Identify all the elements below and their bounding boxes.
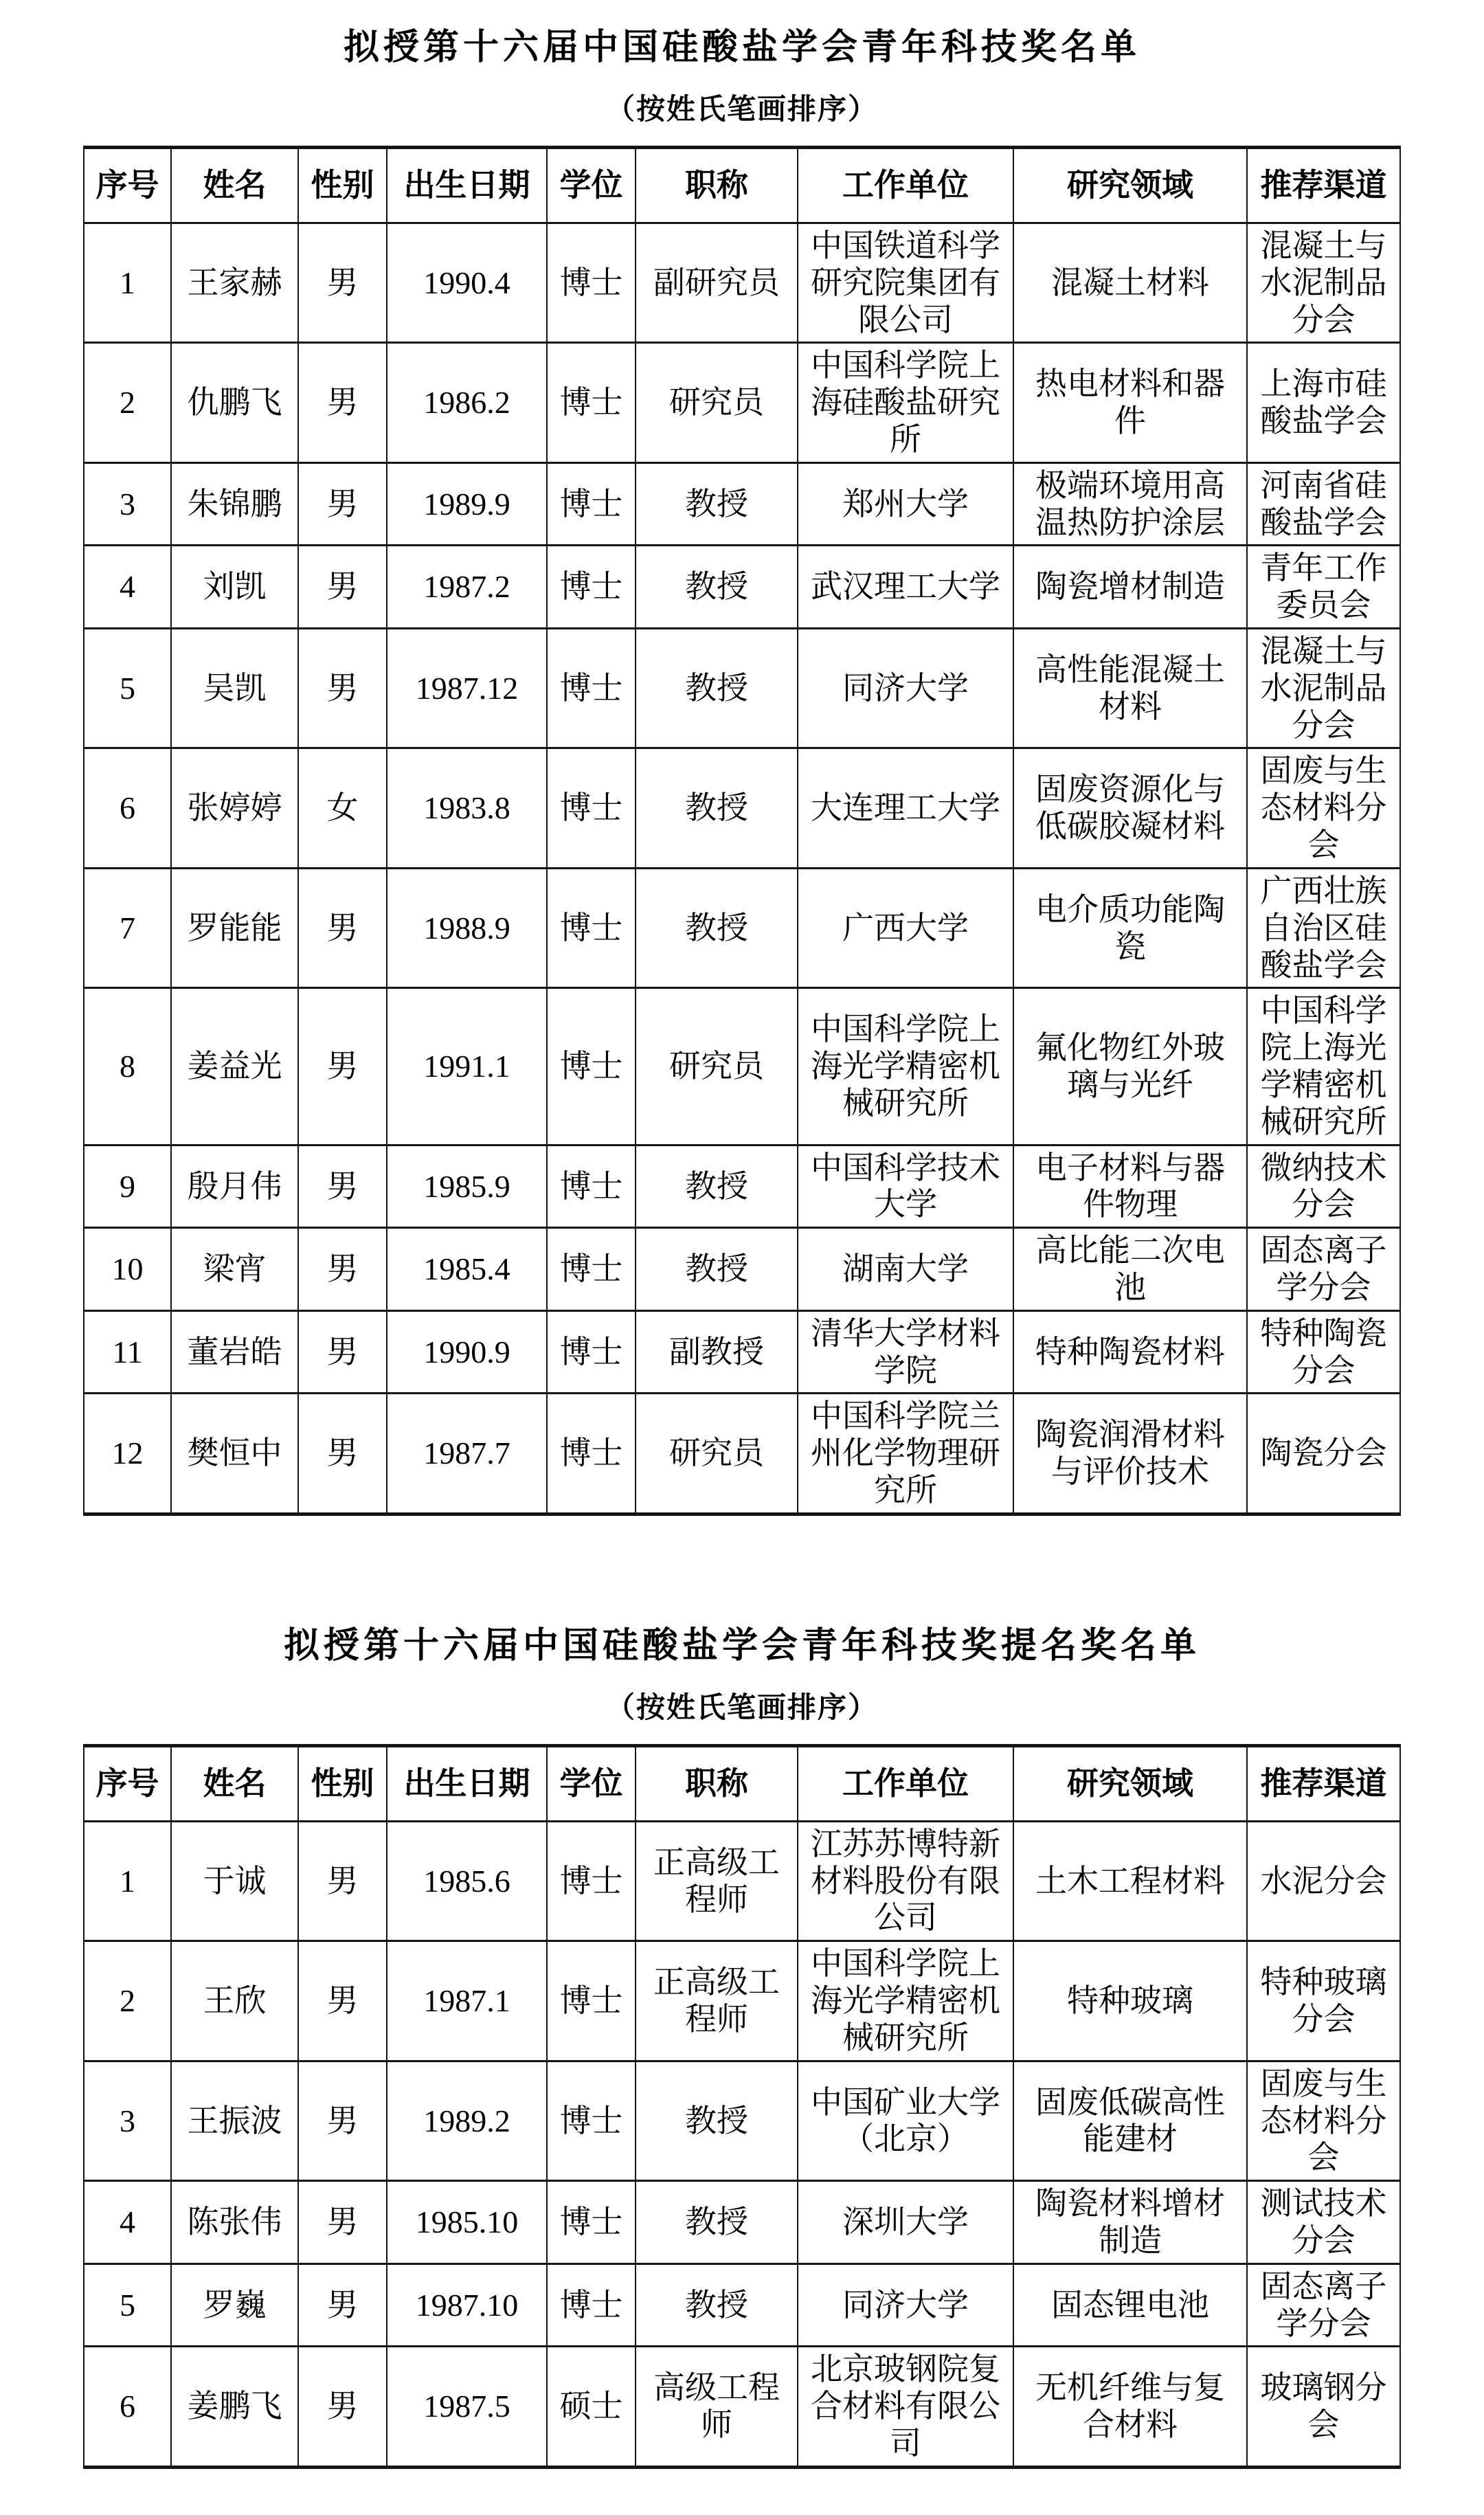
cell-job-title: 教授	[636, 748, 798, 868]
cell-name: 姜益光	[171, 988, 298, 1145]
cell-research-field: 混凝土材料	[1013, 223, 1247, 342]
table-row: 9殷月伟男1985.9博士教授中国科学技术大学电子材料与器件物理微纳技术分会	[84, 1145, 1400, 1228]
cell-job-title: 教授	[636, 546, 798, 629]
cell-name: 姜鹏飞	[171, 2347, 298, 2467]
nomination-award-sort-note: （按姓氏笔画排序）	[0, 1692, 1484, 1725]
cell-name: 殷月伟	[171, 1145, 298, 1228]
cell-recommendation-channel: 测试技术分会	[1247, 2181, 1400, 2264]
cell-gender: 男	[298, 2347, 387, 2467]
column-header-employer: 工作单位	[798, 148, 1013, 223]
cell-name: 樊恒中	[171, 1394, 298, 1514]
cell-name: 王振波	[171, 2061, 298, 2180]
cell-name: 吴凯	[171, 629, 298, 748]
cell-job-title: 教授	[636, 1228, 798, 1311]
cell-recommendation-channel: 河南省硅酸盐学会	[1247, 462, 1400, 546]
cell-birth-date: 1990.9	[387, 1310, 547, 1394]
table-row: 1王家赫男1990.4博士副研究员中国铁道科学研究院集团有限公司混凝土材料混凝土…	[84, 223, 1400, 342]
cell-degree: 博士	[547, 1941, 636, 2061]
cell-recommendation-channel: 中国科学院上海光学精密机械研究所	[1247, 988, 1400, 1145]
nomination-award-title: 拟授第十六届中国硅酸盐学会青年科技奖提名奖名单	[0, 1626, 1484, 1667]
cell-birth-date: 1983.8	[387, 748, 547, 868]
table-row: 8姜益光男1991.1博士研究员中国科学院上海光学精密机械研究所氟化物红外玻璃与…	[84, 988, 1400, 1145]
cell-birth-date: 1990.4	[387, 223, 547, 342]
cell-serial-number: 4	[84, 2181, 171, 2264]
cell-employer: 同济大学	[798, 629, 1013, 748]
column-header-degree: 学位	[547, 1746, 636, 1822]
cell-gender: 男	[298, 1394, 387, 1514]
award-list-section: 拟授第十六届中国硅酸盐学会青年科技奖名单 （按姓氏笔画排序） 序号姓名性别出生日…	[0, 27, 1484, 1516]
cell-employer: 湖南大学	[798, 1228, 1013, 1311]
cell-name: 朱锦鹏	[171, 462, 298, 546]
cell-serial-number: 4	[84, 546, 171, 629]
cell-gender: 男	[298, 1228, 387, 1311]
cell-birth-date: 1986.2	[387, 343, 547, 462]
cell-serial-number: 2	[84, 343, 171, 462]
cell-recommendation-channel: 固态离子学分会	[1247, 1228, 1400, 1311]
column-header-recommendation-channel: 推荐渠道	[1247, 1746, 1400, 1822]
cell-name: 罗巍	[171, 2263, 298, 2347]
table-row: 11董岩皓男1990.9博士副教授清华大学材料学院特种陶瓷材料特种陶瓷分会	[84, 1310, 1400, 1394]
cell-serial-number: 1	[84, 223, 171, 342]
cell-birth-date: 1989.2	[387, 2061, 547, 2180]
header-row: 序号姓名性别出生日期学位职称工作单位研究领域推荐渠道	[84, 148, 1400, 223]
cell-research-field: 电子材料与器件物理	[1013, 1145, 1247, 1228]
cell-job-title: 副研究员	[636, 223, 798, 342]
cell-birth-date: 1988.9	[387, 868, 547, 987]
table-row: 6张婷婷女1983.8博士教授大连理工大学固废资源化与低碳胶凝材料固废与生态材料…	[84, 748, 1400, 868]
cell-serial-number: 10	[84, 1228, 171, 1311]
cell-birth-date: 1985.9	[387, 1145, 547, 1228]
cell-serial-number: 7	[84, 868, 171, 987]
table-row: 12樊恒中男1987.7博士研究员中国科学院兰州化学物理研究所陶瓷润滑材料与评价…	[84, 1394, 1400, 1514]
cell-recommendation-channel: 青年工作委员会	[1247, 546, 1400, 629]
table-row: 5罗巍男1987.10博士教授同济大学固态锂电池固态离子学分会	[84, 2263, 1400, 2347]
cell-recommendation-channel: 玻璃钢分会	[1247, 2347, 1400, 2467]
cell-job-title: 教授	[636, 2181, 798, 2264]
column-header-job-title: 职称	[636, 1746, 798, 1822]
cell-job-title: 正高级工程师	[636, 1821, 798, 1941]
cell-serial-number: 3	[84, 462, 171, 546]
cell-gender: 男	[298, 1821, 387, 1941]
table-row: 6姜鹏飞男1987.5硕士高级工程师北京玻钢院复合材料有限公司无机纤维与复合材料…	[84, 2347, 1400, 2467]
cell-birth-date: 1987.10	[387, 2263, 547, 2347]
cell-gender: 女	[298, 748, 387, 868]
cell-name: 董岩皓	[171, 1310, 298, 1394]
column-header-serial-number: 序号	[84, 1746, 171, 1822]
table-row: 3王振波男1989.2博士教授中国矿业大学（北京）固废低碳高性能建材固废与生态材…	[84, 2061, 1400, 2180]
cell-recommendation-channel: 固废与生态材料分会	[1247, 748, 1400, 868]
cell-degree: 博士	[547, 546, 636, 629]
cell-employer: 武汉理工大学	[798, 546, 1013, 629]
cell-birth-date: 1987.2	[387, 546, 547, 629]
column-header-employer: 工作单位	[798, 1746, 1013, 1822]
cell-degree: 博士	[547, 1394, 636, 1514]
cell-degree: 博士	[547, 1310, 636, 1394]
cell-research-field: 极端环境用高温热防护涂层	[1013, 462, 1247, 546]
cell-serial-number: 8	[84, 988, 171, 1145]
cell-gender: 男	[298, 2181, 387, 2264]
cell-employer: 中国科学院上海光学精密机械研究所	[798, 1941, 1013, 2061]
cell-employer: 北京玻钢院复合材料有限公司	[798, 2347, 1013, 2467]
cell-research-field: 高比能二次电池	[1013, 1228, 1247, 1311]
cell-employer: 郑州大学	[798, 462, 1013, 546]
table-row: 7罗能能男1988.9博士教授广西大学电介质功能陶瓷广西壮族自治区硅酸盐学会	[84, 868, 1400, 987]
table-row: 2仇鹏飞男1986.2博士研究员中国科学院上海硅酸盐研究所热电材料和器件上海市硅…	[84, 343, 1400, 462]
cell-gender: 男	[298, 2061, 387, 2180]
cell-research-field: 土木工程材料	[1013, 1821, 1247, 1941]
cell-job-title: 研究员	[636, 343, 798, 462]
cell-birth-date: 1987.1	[387, 1941, 547, 2061]
cell-birth-date: 1987.5	[387, 2347, 547, 2467]
cell-research-field: 高性能混凝土材料	[1013, 629, 1247, 748]
nomination-roster-table: 序号姓名性别出生日期学位职称工作单位研究领域推荐渠道 1于诚男1985.6博士正…	[83, 1744, 1401, 2469]
cell-name: 于诚	[171, 1821, 298, 1941]
cell-gender: 男	[298, 462, 387, 546]
cell-recommendation-channel: 混凝土与水泥制品分会	[1247, 629, 1400, 748]
cell-job-title: 研究员	[636, 1394, 798, 1514]
award-list-sort-note: （按姓氏笔画排序）	[0, 93, 1484, 126]
cell-research-field: 陶瓷材料增材制造	[1013, 2181, 1247, 2264]
cell-gender: 男	[298, 988, 387, 1145]
award-list-title: 拟授第十六届中国硅酸盐学会青年科技奖名单	[0, 27, 1484, 69]
cell-degree: 博士	[547, 1821, 636, 1941]
cell-job-title: 教授	[636, 462, 798, 546]
cell-degree: 博士	[547, 868, 636, 987]
document-page: 拟授第十六届中国硅酸盐学会青年科技奖名单 （按姓氏笔画排序） 序号姓名性别出生日…	[0, 0, 1484, 2469]
cell-recommendation-channel: 广西壮族自治区硅酸盐学会	[1247, 868, 1400, 987]
cell-gender: 男	[298, 629, 387, 748]
column-header-birth-date: 出生日期	[387, 148, 547, 223]
cell-serial-number: 6	[84, 2347, 171, 2467]
column-header-recommendation-channel: 推荐渠道	[1247, 148, 1400, 223]
cell-research-field: 电介质功能陶瓷	[1013, 868, 1247, 987]
cell-job-title: 高级工程师	[636, 2347, 798, 2467]
cell-employer: 同济大学	[798, 2263, 1013, 2347]
cell-job-title: 教授	[636, 2061, 798, 2180]
cell-gender: 男	[298, 868, 387, 987]
cell-research-field: 氟化物红外玻璃与光纤	[1013, 988, 1247, 1145]
cell-degree: 博士	[547, 462, 636, 546]
cell-birth-date: 1987.7	[387, 1394, 547, 1514]
cell-gender: 男	[298, 343, 387, 462]
cell-degree: 硕士	[547, 2347, 636, 2467]
nomination-award-section: 拟授第十六届中国硅酸盐学会青年科技奖提名奖名单 （按姓氏笔画排序） 序号姓名性别…	[0, 1626, 1484, 2469]
table-row: 3朱锦鹏男1989.9博士教授郑州大学极端环境用高温热防护涂层河南省硅酸盐学会	[84, 462, 1400, 546]
cell-serial-number: 5	[84, 2263, 171, 2347]
cell-employer: 江苏苏博特新材料股份有限公司	[798, 1821, 1013, 1941]
award-roster-table: 序号姓名性别出生日期学位职称工作单位研究领域推荐渠道 1王家赫男1990.4博士…	[83, 146, 1401, 1516]
column-header-birth-date: 出生日期	[387, 1746, 547, 1822]
cell-degree: 博士	[547, 2263, 636, 2347]
cell-employer: 中国科学院上海光学精密机械研究所	[798, 988, 1013, 1145]
cell-recommendation-channel: 特种陶瓷分会	[1247, 1310, 1400, 1394]
cell-recommendation-channel: 固态离子学分会	[1247, 2263, 1400, 2347]
column-header-serial-number: 序号	[84, 148, 171, 223]
cell-degree: 博士	[547, 988, 636, 1145]
cell-research-field: 陶瓷润滑材料与评价技术	[1013, 1394, 1247, 1514]
cell-degree: 博士	[547, 748, 636, 868]
column-header-gender: 性别	[298, 1746, 387, 1822]
cell-degree: 博士	[547, 629, 636, 748]
table-row: 5吴凯男1987.12博士教授同济大学高性能混凝土材料混凝土与水泥制品分会	[84, 629, 1400, 748]
cell-birth-date: 1985.4	[387, 1228, 547, 1311]
cell-job-title: 副教授	[636, 1310, 798, 1394]
cell-name: 张婷婷	[171, 748, 298, 868]
cell-birth-date: 1991.1	[387, 988, 547, 1145]
cell-serial-number: 2	[84, 1941, 171, 2061]
cell-gender: 男	[298, 546, 387, 629]
cell-serial-number: 12	[84, 1394, 171, 1514]
column-header-job-title: 职称	[636, 148, 798, 223]
cell-birth-date: 1985.6	[387, 1821, 547, 1941]
table-row: 4陈张伟男1985.10博士教授深圳大学陶瓷材料增材制造测试技术分会	[84, 2181, 1400, 2264]
cell-serial-number: 5	[84, 629, 171, 748]
cell-job-title: 教授	[636, 2263, 798, 2347]
header-row: 序号姓名性别出生日期学位职称工作单位研究领域推荐渠道	[84, 1746, 1400, 1822]
cell-employer: 中国科学院上海硅酸盐研究所	[798, 343, 1013, 462]
cell-gender: 男	[298, 1310, 387, 1394]
column-header-research-field: 研究领域	[1013, 148, 1247, 223]
cell-employer: 深圳大学	[798, 2181, 1013, 2264]
cell-recommendation-channel: 特种玻璃分会	[1247, 1941, 1400, 2061]
cell-birth-date: 1987.12	[387, 629, 547, 748]
cell-name: 王家赫	[171, 223, 298, 342]
cell-gender: 男	[298, 223, 387, 342]
cell-employer: 广西大学	[798, 868, 1013, 987]
cell-recommendation-channel: 上海市硅酸盐学会	[1247, 343, 1400, 462]
column-header-name: 姓名	[171, 148, 298, 223]
cell-employer: 中国科学技术大学	[798, 1145, 1013, 1228]
column-header-degree: 学位	[547, 148, 636, 223]
cell-degree: 博士	[547, 1228, 636, 1311]
cell-recommendation-channel: 陶瓷分会	[1247, 1394, 1400, 1514]
column-header-name: 姓名	[171, 1746, 298, 1822]
cell-degree: 博士	[547, 2181, 636, 2264]
table-row: 2王欣男1987.1博士正高级工程师中国科学院上海光学精密机械研究所特种玻璃特种…	[84, 1941, 1400, 2061]
column-header-research-field: 研究领域	[1013, 1746, 1247, 1822]
cell-serial-number: 9	[84, 1145, 171, 1228]
cell-name: 仇鹏飞	[171, 343, 298, 462]
cell-name: 陈张伟	[171, 2181, 298, 2264]
cell-gender: 男	[298, 2263, 387, 2347]
cell-research-field: 陶瓷增材制造	[1013, 546, 1247, 629]
cell-serial-number: 11	[84, 1310, 171, 1394]
cell-research-field: 特种陶瓷材料	[1013, 1310, 1247, 1394]
cell-research-field: 热电材料和器件	[1013, 343, 1247, 462]
cell-gender: 男	[298, 1941, 387, 2061]
cell-serial-number: 1	[84, 1821, 171, 1941]
table-row: 1于诚男1985.6博士正高级工程师江苏苏博特新材料股份有限公司土木工程材料水泥…	[84, 1821, 1400, 1941]
cell-job-title: 正高级工程师	[636, 1941, 798, 2061]
cell-employer: 中国科学院兰州化学物理研究所	[798, 1394, 1013, 1514]
cell-research-field: 特种玻璃	[1013, 1941, 1247, 2061]
cell-recommendation-channel: 微纳技术分会	[1247, 1145, 1400, 1228]
cell-job-title: 教授	[636, 1145, 798, 1228]
cell-research-field: 无机纤维与复合材料	[1013, 2347, 1247, 2467]
cell-research-field: 固废低碳高性能建材	[1013, 2061, 1247, 2180]
cell-employer: 大连理工大学	[798, 748, 1013, 868]
cell-research-field: 固态锂电池	[1013, 2263, 1247, 2347]
table-row: 4刘凯男1987.2博士教授武汉理工大学陶瓷增材制造青年工作委员会	[84, 546, 1400, 629]
cell-research-field: 固废资源化与低碳胶凝材料	[1013, 748, 1247, 868]
cell-degree: 博士	[547, 2061, 636, 2180]
cell-serial-number: 3	[84, 2061, 171, 2180]
cell-name: 王欣	[171, 1941, 298, 2061]
cell-name: 刘凯	[171, 546, 298, 629]
cell-gender: 男	[298, 1145, 387, 1228]
cell-birth-date: 1989.9	[387, 462, 547, 546]
cell-degree: 博士	[547, 343, 636, 462]
cell-employer: 中国铁道科学研究院集团有限公司	[798, 223, 1013, 342]
cell-degree: 博士	[547, 1145, 636, 1228]
cell-birth-date: 1985.10	[387, 2181, 547, 2264]
cell-name: 梁宵	[171, 1228, 298, 1311]
cell-recommendation-channel: 水泥分会	[1247, 1821, 1400, 1941]
cell-job-title: 教授	[636, 629, 798, 748]
cell-serial-number: 6	[84, 748, 171, 868]
column-header-gender: 性别	[298, 148, 387, 223]
cell-degree: 博士	[547, 223, 636, 342]
cell-job-title: 教授	[636, 868, 798, 987]
table-row: 10梁宵男1985.4博士教授湖南大学高比能二次电池固态离子学分会	[84, 1228, 1400, 1311]
cell-recommendation-channel: 固废与生态材料分会	[1247, 2061, 1400, 2180]
cell-employer: 中国矿业大学（北京）	[798, 2061, 1013, 2180]
cell-job-title: 研究员	[636, 988, 798, 1145]
cell-employer: 清华大学材料学院	[798, 1310, 1013, 1394]
cell-recommendation-channel: 混凝土与水泥制品分会	[1247, 223, 1400, 342]
cell-name: 罗能能	[171, 868, 298, 987]
